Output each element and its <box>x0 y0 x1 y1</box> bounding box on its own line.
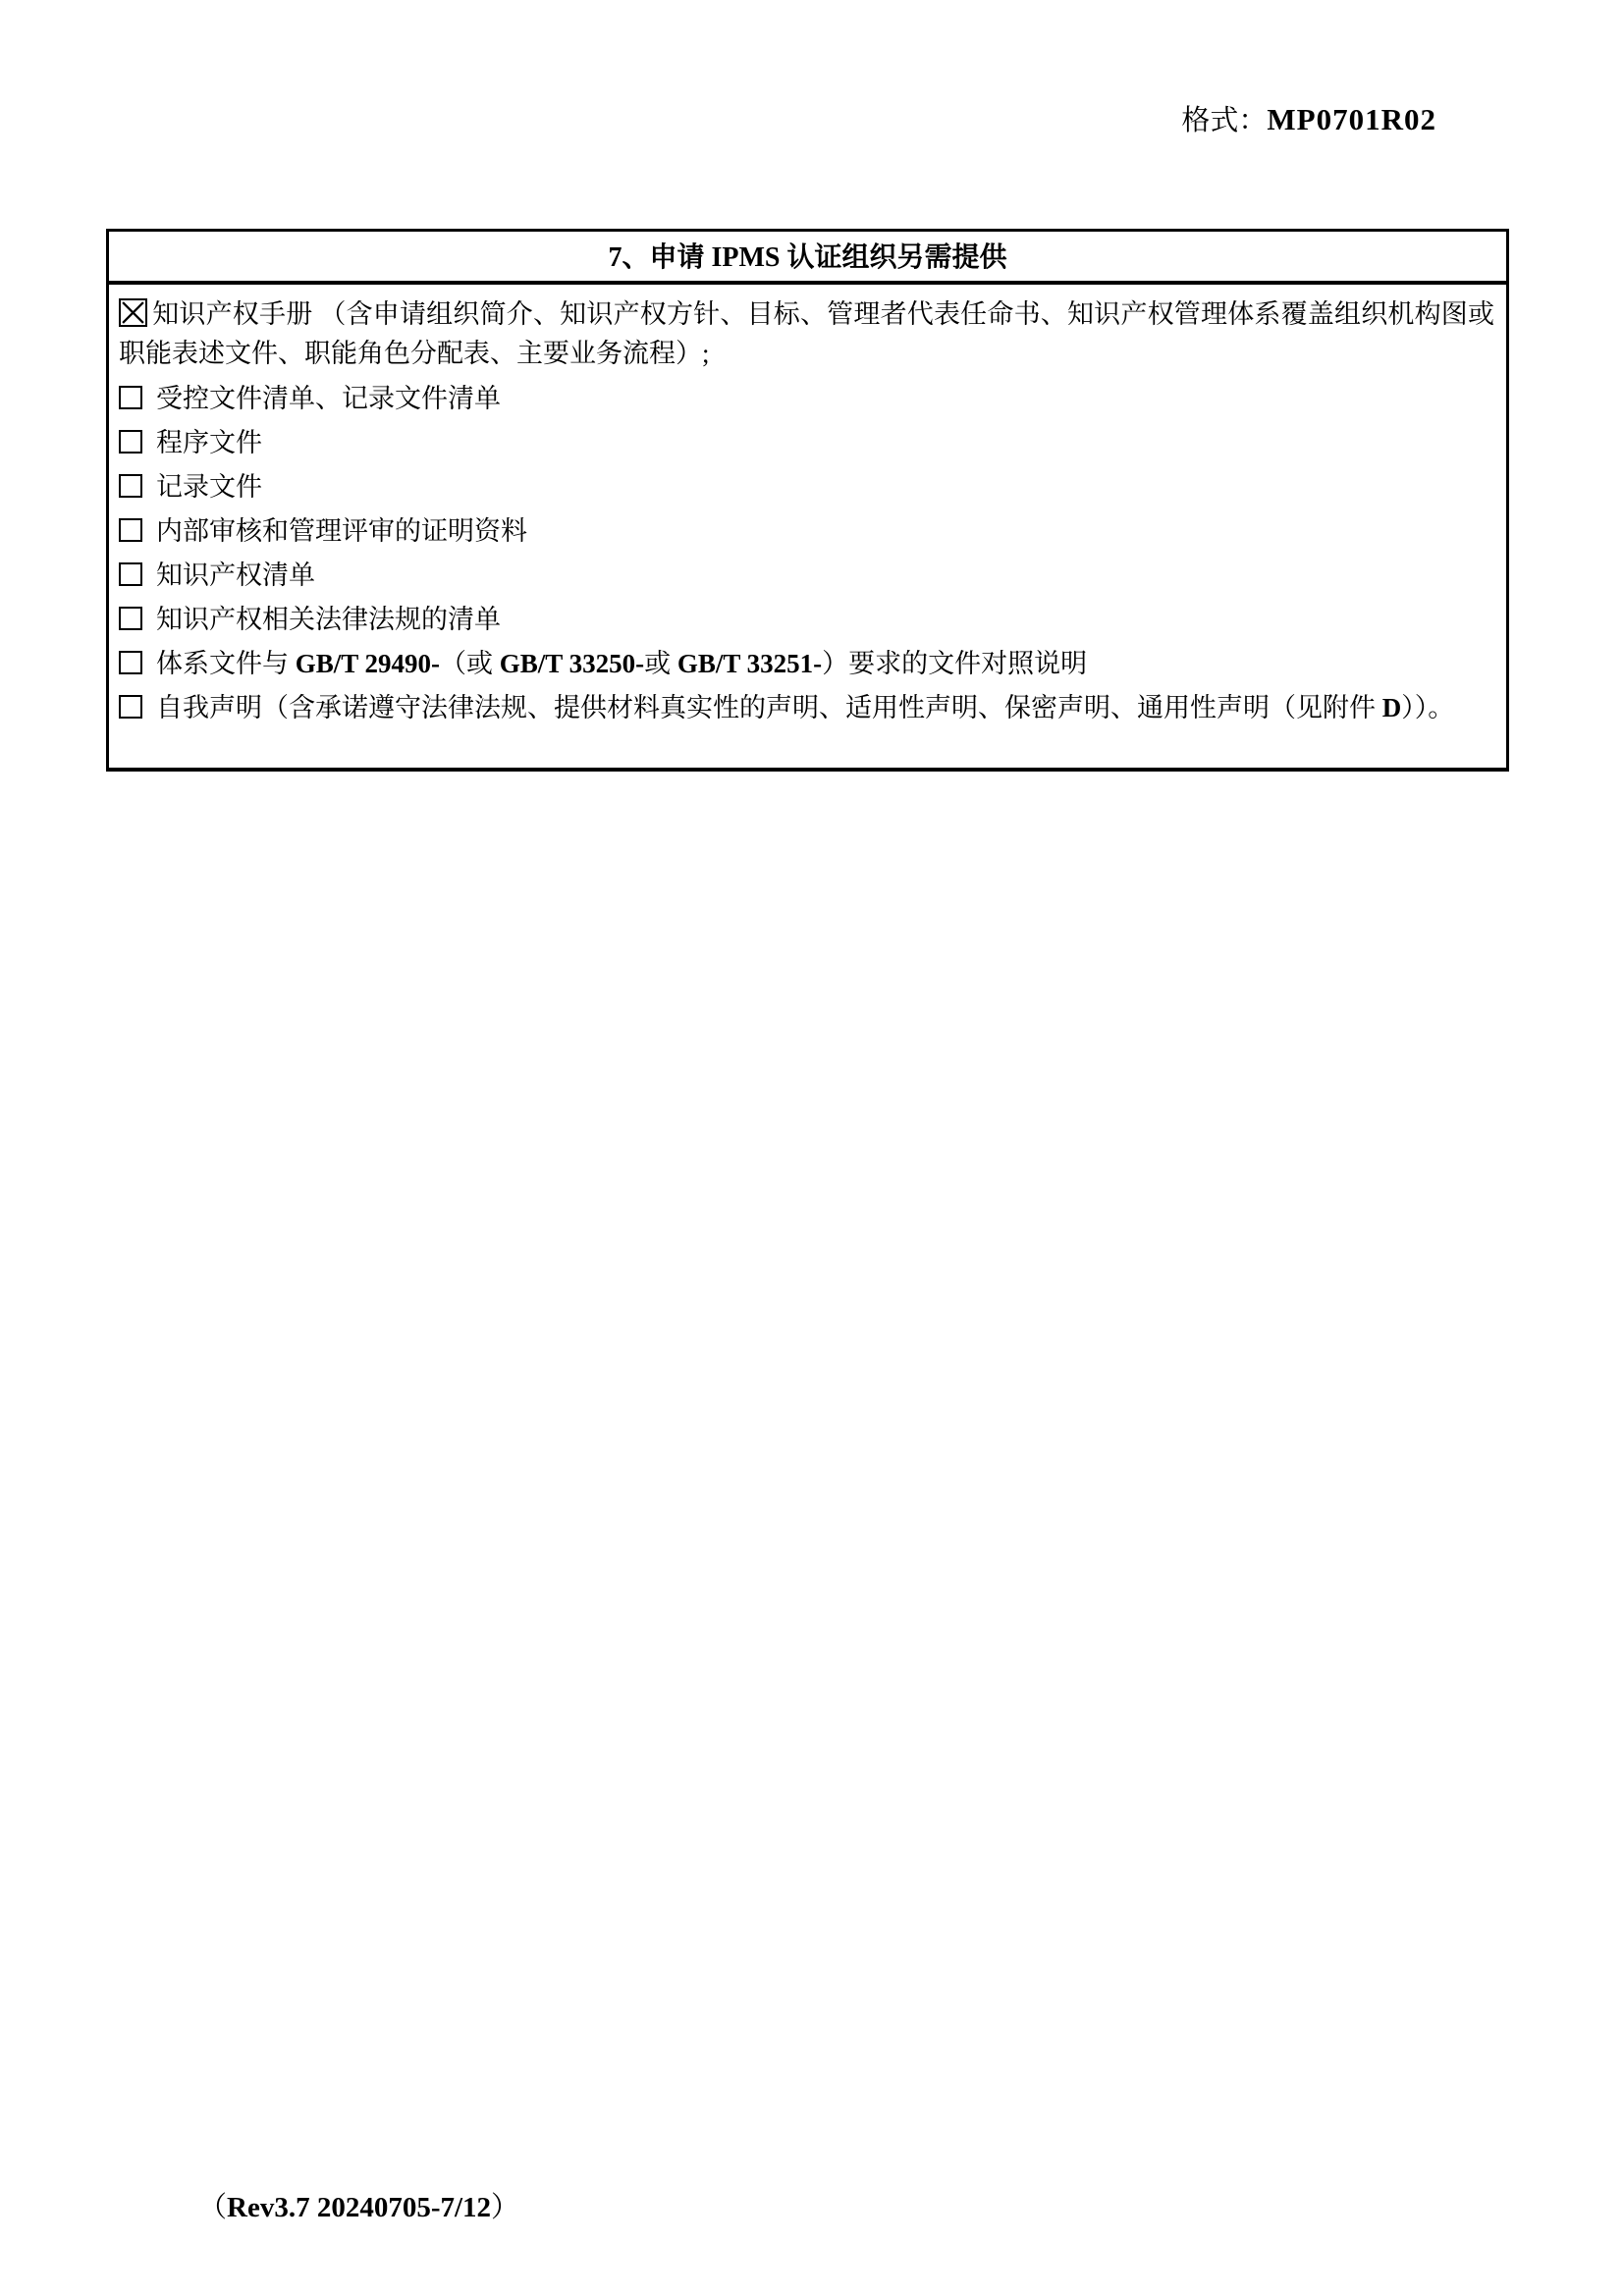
checklist-item-label: 知识产权手册 （含申请组织简介、知识产权方针、目标、管理者代表任命书、知识产权管… <box>119 299 1494 368</box>
checklist-item-ip-list: 知识产权清单 <box>119 554 1494 598</box>
checkbox-icon <box>119 430 142 454</box>
checkbox-icon <box>119 474 142 498</box>
checklist-item-label: 受控文件清单、记录文件清单 <box>156 384 501 413</box>
checklist-item-procedure-docs: 程序文件 <box>119 421 1494 465</box>
checklist-item-label: 内部审核和管理评审的证明资料 <box>156 516 527 546</box>
checklist-item-ip-manual: 知识产权手册 （含申请组织简介、知识产权方针、目标、管理者代表任命书、知识产权管… <box>119 294 1494 373</box>
checklist-item-label: （或 <box>440 649 500 678</box>
checklist-item-label: 知识产权相关法律法规的清单 <box>156 605 501 634</box>
checklist-item-internal-audit-evidence: 内部审核和管理评审的证明资料 <box>119 509 1494 554</box>
appendix-letter: D <box>1382 693 1402 722</box>
footer-paren-close: ） <box>491 2192 519 2223</box>
checklist-item-label: ）要求的文件对照说明 <box>822 649 1087 678</box>
checklist-item-label: 记录文件 <box>156 472 262 502</box>
checkbox-icon <box>119 607 142 630</box>
checklist-item-label: 自我声明（含承诺遵守法律法规、提供材料真实性的声明、适用性声明、保密声明、通用性… <box>156 693 1382 722</box>
footer-paren-open: （ <box>198 2192 227 2223</box>
table-title: 7、申请 IPMS 认证组织另需提供 <box>109 232 1506 285</box>
checkbox-icon <box>119 651 142 674</box>
checkbox-checked-icon <box>119 298 147 327</box>
page-footer: （Rev3.7 20240705-7/12） <box>198 2185 519 2225</box>
table-body: 知识产权手册 （含申请组织简介、知识产权方针、目标、管理者代表任命书、知识产权管… <box>109 285 1506 768</box>
checklist-item-label: 体系文件与 <box>156 649 296 678</box>
standard-number: GB/T 33250- <box>500 649 644 678</box>
checklist-item-label: 或 <box>644 649 677 678</box>
checklist-item-label: 知识产权清单 <box>156 561 315 590</box>
checklist-item-system-doc-mapping: 体系文件与 GB/T 29490-（或 GB/T 33250-或 GB/T 33… <box>119 642 1494 686</box>
checkbox-icon <box>119 695 142 719</box>
section-7-table: 7、申请 IPMS 认证组织另需提供 知识产权手册 （含申请组织简介、知识产权方… <box>106 229 1509 772</box>
checkbox-icon <box>119 386 142 409</box>
checklist-item-label: 程序文件 <box>156 428 262 457</box>
format-line: 格式：MP0701R02 <box>1181 98 1436 138</box>
format-label: 格式： <box>1181 105 1267 136</box>
checklist-item-self-declaration: 自我声明（含承诺遵守法律法规、提供材料真实性的声明、适用性声明、保密声明、通用性… <box>119 686 1494 730</box>
checklist-item-label: ））。 <box>1401 693 1454 722</box>
footer-revision: Rev3.7 20240705-7/12 <box>227 2192 491 2223</box>
standard-number: GB/T 29490- <box>296 649 440 678</box>
checkbox-icon <box>119 562 142 586</box>
checklist-item-controlled-doc-list: 受控文件清单、记录文件清单 <box>119 377 1494 421</box>
checklist-item-ip-laws-list: 知识产权相关法律法规的清单 <box>119 598 1494 642</box>
standard-number: GB/T 33251- <box>677 649 822 678</box>
checkbox-icon <box>119 518 142 542</box>
format-code: MP0701R02 <box>1267 102 1436 136</box>
checklist-item-record-docs: 记录文件 <box>119 465 1494 509</box>
